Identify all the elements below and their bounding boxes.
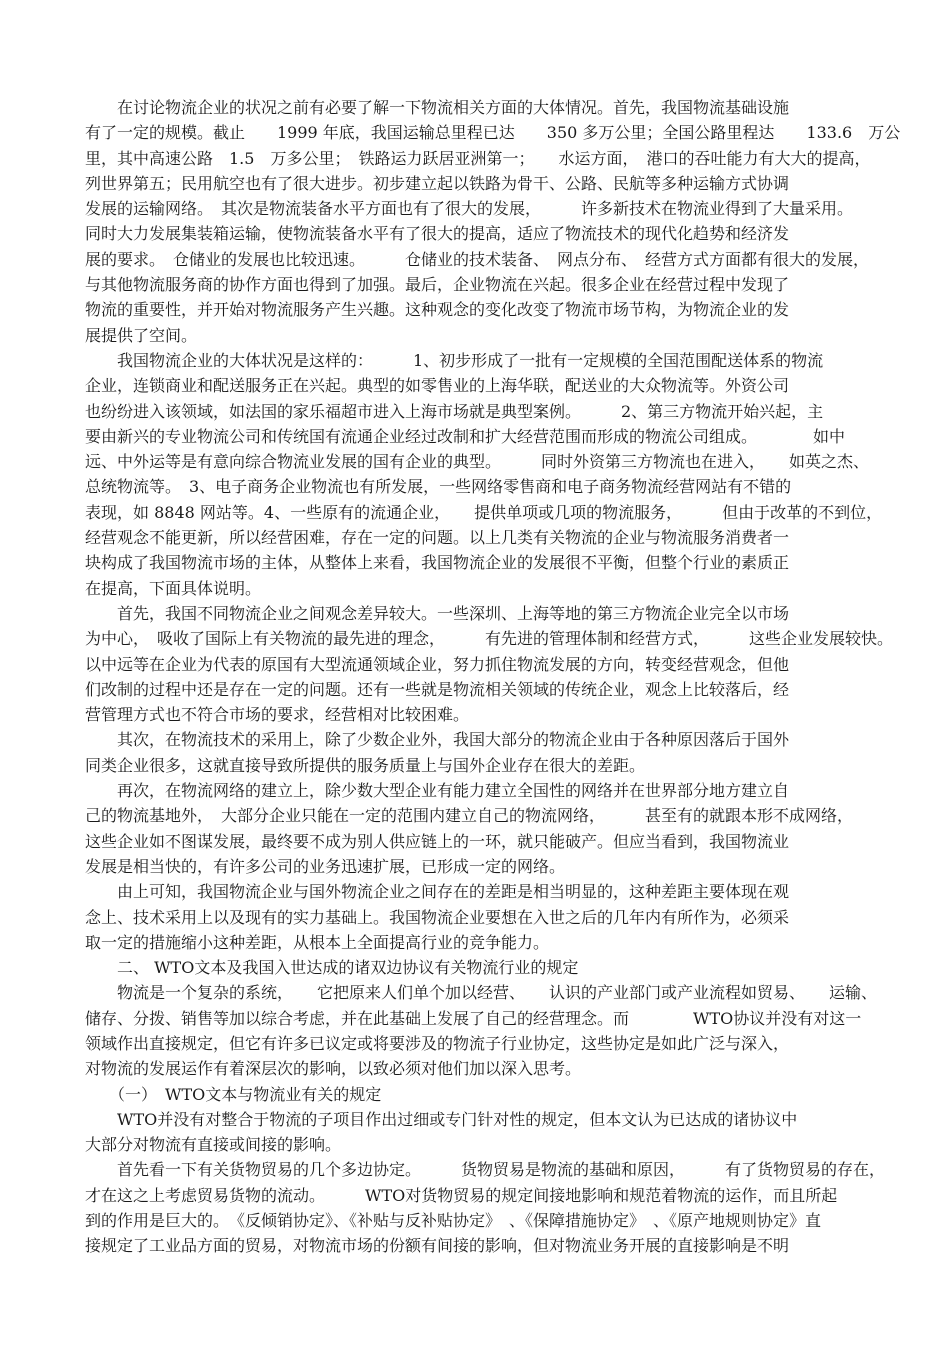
text-line: 在提高，下面具体说明。: [85, 576, 930, 601]
text-line: 接规定了工业品方面的贸易，对物流市场的份额有间接的影响，但对物流业务开展的直接影…: [85, 1233, 930, 1258]
text-line: 表现，如 8848 网站等。4、一些原有的流通企业， 提供单项或几项的物流服务，…: [85, 500, 930, 525]
text-line: 们改制的过程中还是存在一定的问题。还有一些就是物流相关领域的传统企业，观念上比较…: [85, 677, 930, 702]
text-line: 取一定的措施缩小这种差距，从根本上全面提高行业的竞争能力。: [85, 930, 930, 955]
text-line: 展的要求。 仓储业的发展也比较迅速。 仓储业的技术装备、 网点分布、 经营方式方…: [85, 247, 930, 272]
text-line: 经营观念不能更新，所以经营困难，存在一定的问题。以上几类有关物流的企业与物流服务…: [85, 525, 930, 550]
text-line: 这些企业如不图谋发展，最终要不成为别人供应链上的一环，就只能破产。但应当看到，我…: [85, 829, 930, 854]
text-line: 与其他物流服务商的协作方面也得到了加强。最后，企业物流在兴起。很多企业在经营过程…: [85, 272, 930, 297]
document-page: 在讨论物流企业的状况之前有必要了解一下物流相关方面的大体情况。首先，我国物流基础…: [0, 0, 950, 1345]
text-line: 以中远等在企业为代表的原国有大型流通领域企业，努力抓住物流发展的方向，转变经营观…: [85, 652, 930, 677]
text-line: 首先，我国不同物流企业之间观念差异较大。一些深圳、上海等地的第三方物流企业完全以…: [85, 601, 930, 626]
text-line: 大部分对物流有直接或间接的影响。: [85, 1132, 930, 1157]
text-line: 再次，在物流网络的建立上，除少数大型企业有能力建立全国性的网络并在世界部分地方建…: [85, 778, 930, 803]
text-line: 念上、技术采用上以及现有的实力基础上。我国物流企业要想在入世之后的几年内有所作为…: [85, 905, 930, 930]
text-line: 列世界第五；民用航空也有了很大进步。初步建立起以铁路为骨干、公路、民航等多种运输…: [85, 171, 930, 196]
text-line: 要由新兴的专业物流公司和传统国有流通企业经过改制和扩大经营范围而形成的物流公司组…: [85, 424, 930, 449]
text-line: 储存、分拨、销售等加以综合考虑，并在此基础上发展了自己的经营理念。而 WTO协议…: [85, 1006, 930, 1031]
text-line: 其次，在物流技术的采用上，除了少数企业外，我国大部分的物流企业由于各种原因落后于…: [85, 727, 930, 752]
text-line: 由上可知，我国物流企业与国外物流企业之间存在的差距是相当明显的，这种差距主要体现…: [85, 879, 930, 904]
text-line: 己的物流基地外， 大部分企业只能在一定的范围内建立自己的物流网络， 甚至有的就跟…: [85, 803, 930, 828]
text-line: 有了一定的规模。截止 1999 年底，我国运输总里程已达 350 多万公里；全国…: [85, 120, 930, 145]
text-line: 物流是一个复杂的系统， 它把原来人们单个加以经营、 认识的产业部门或产业流程如贸…: [85, 980, 930, 1005]
text-line: 总统物流等。 3、电子商务企业物流也有所发展，一些网络零售商和电子商务物流经营网…: [85, 474, 930, 499]
text-line: 企业，连锁商业和配送服务正在兴起。典型的如零售业的上海华联，配送业的大众物流等。…: [85, 373, 930, 398]
text-line: 块构成了我国物流市场的主体，从整体上来看，我国物流企业的发展很不平衡，但整个行业…: [85, 550, 930, 575]
text-line: 首先看一下有关货物贸易的几个多边协定。 货物贸易是物流的基础和原因， 有了货物贸…: [85, 1157, 930, 1182]
text-line: 我国物流企业的大体状况是这样的： 1、初步形成了一批有一定规模的全国范围配送体系…: [85, 348, 930, 373]
text-line: 营管理方式也不符合市场的要求，经营相对比较困难。: [85, 702, 930, 727]
text-line: 为中心， 吸收了国际上有关物流的最先进的理念， 有先进的管理体制和经营方式， 这…: [85, 626, 930, 651]
section-heading: 二、 WTO文本及我国入世达成的诸双边协议有关物流行业的规定: [85, 955, 930, 980]
text-line: 到的作用是巨大的。 《反倾销协定》、《补贴与反补贴协定》 、《保障措施协定》 、…: [85, 1208, 930, 1233]
document-body: 在讨论物流企业的状况之前有必要了解一下物流相关方面的大体情况。首先，我国物流基础…: [85, 95, 930, 1259]
text-line: 展提供了空间。: [85, 323, 930, 348]
text-line: 发展的运输网络。 其次是物流装备水平方面也有了很大的发展， 许多新技术在物流业得…: [85, 196, 930, 221]
text-line: 在讨论物流企业的状况之前有必要了解一下物流相关方面的大体情况。首先，我国物流基础…: [85, 95, 930, 120]
text-line: 对物流的发展运作有着深层次的影响，以致必须对他们加以深入思考。: [85, 1056, 930, 1081]
text-line: WTO并没有对整合于物流的子项目作出过细或专门针对性的规定，但本文认为已达成的诸…: [85, 1107, 930, 1132]
text-line: 物流的重要性，并开始对物流服务产生兴趣。这种观念的变化改变了物流市场节构，为物流…: [85, 297, 930, 322]
text-line: 同时大力发展集装箱运输，使物流装备水平有了很大的提高，适应了物流技术的现代化趋势…: [85, 221, 930, 246]
text-line: 远、中外运等是有意向综合物流业发展的国有企业的典型。 同时外资第三方物流也在进入…: [85, 449, 930, 474]
text-line: 发展是相当快的，有许多公司的业务迅速扩展，已形成一定的网络。: [85, 854, 930, 879]
section-heading: （一） WTO文本与物流业有关的规定: [85, 1082, 930, 1107]
text-line: 才在这之上考虑贸易货物的流动。 WTO对货物贸易的规定间接地影响和规范着物流的运…: [85, 1183, 930, 1208]
text-line: 也纷纷进入该领域，如法国的家乐福超市进入上海市场就是典型案例。 2、第三方物流开…: [85, 399, 930, 424]
text-line: 领域作出直接规定，但它有许多已议定或将要涉及的物流子行业协定，这些协定是如此广泛…: [85, 1031, 930, 1056]
text-line: 里，其中高速公路 1.5 万多公里； 铁路运力跃居亚洲第一； 水运方面， 港口的…: [85, 146, 930, 171]
text-line: 同类企业很多，这就直接导致所提供的服务质量上与国外企业存在很大的差距。: [85, 753, 930, 778]
